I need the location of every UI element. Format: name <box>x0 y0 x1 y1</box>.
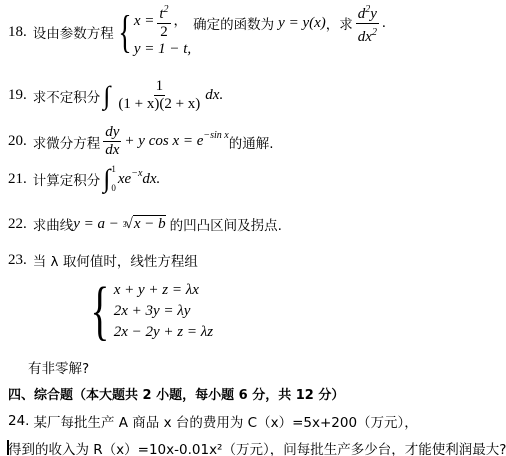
question-24-line-2: 得到的收入为 R（x）=10x-0.01x²（万元），问每批生产多少台，才能使利… <box>8 438 506 456</box>
left-brace: { <box>118 9 131 55</box>
parametric-system: x = t2 2 ， y = 1 − t, <box>134 4 191 60</box>
fraction: 1 (1 + x)(2 + x) <box>116 78 202 113</box>
question-number: 19. <box>8 87 27 104</box>
linear-system: { x + y + z = λx 2x + 3y = λy 2x − 2y + … <box>84 278 213 344</box>
question-21: 21. 计算定积分 ∫ 1 0 xe −x dx. <box>8 164 160 194</box>
question-18: 18. 设由参数方程 { x = t2 2 ， y = 1 − t, 确定的函数… <box>8 4 386 60</box>
question-24: 24. 某厂每批生产 A 商品 x 台的费用为 C（x）=5x+200（万元）， <box>8 411 418 431</box>
question-number: 20. <box>8 133 27 150</box>
denominator: (1 + x)(2 + x) <box>116 96 202 113</box>
question-number: 22. <box>8 216 27 233</box>
question-text: 求不定积分 <box>33 86 101 106</box>
equation-2: 2x + 3y = λy <box>114 301 213 322</box>
exponent: −x <box>131 168 142 179</box>
question-text: 确定的函数为 <box>193 13 274 33</box>
question-number: 18. <box>8 24 27 41</box>
left-brace: { <box>90 278 109 344</box>
equation-lhs: x = <box>134 10 155 32</box>
question-23-followup: 有非零解? <box>28 357 89 377</box>
question-text: 有非零解? <box>28 357 89 377</box>
y: y <box>370 6 377 22</box>
second-derivative: d2y dx2 <box>356 1 379 46</box>
question-18-tail: 确定的函数为 y = y(x) ，求 d2y dx2 . <box>193 4 386 42</box>
lower-limit: 0 <box>111 183 116 194</box>
question-23: 23. 当 λ 取何值时，线性方程组 <box>8 250 198 270</box>
section-title: 四、综合题（本大题共 2 小题，每小题 6 分，共 12 分） <box>8 384 344 403</box>
equation-3: 2x − 2y + z = λz <box>114 322 213 343</box>
question-text: 设由参数方程 <box>33 22 114 42</box>
equation-2: y = 1 − t, <box>134 38 191 60</box>
function-expression: y = y(x) <box>278 15 326 32</box>
question-text: 计算定积分 <box>33 169 101 189</box>
integral-limits: 1 0 <box>111 164 116 194</box>
integral-sign: ∫ <box>103 164 110 194</box>
section-heading: 四、综合题（本大题共 2 小题，每小题 6 分，共 12 分） <box>8 384 344 403</box>
question-text: 求微分方程 <box>33 132 101 152</box>
question-text: 求曲线 <box>33 214 74 234</box>
equation: + y cos x = e <box>124 133 203 150</box>
question-text: 某厂每批生产 A 商品 x 台的费用为 C（x）=5x+200（万元）， <box>33 411 417 431</box>
numerator: dy <box>103 124 121 142</box>
exponent: −sin x <box>203 130 228 141</box>
question-number: 21. <box>8 171 27 188</box>
differential: dx. <box>142 171 160 188</box>
question-20: 20. 求微分方程 dy dx + y cos x = e −sin x 的通解… <box>8 124 274 159</box>
comma: ， <box>174 10 188 32</box>
text-cursor <box>7 440 9 455</box>
question-text: 当 λ 取何值时，线性方程组 <box>33 250 198 270</box>
period: . <box>382 15 386 32</box>
radicand: x − b <box>133 215 166 233</box>
question-number: 24. <box>8 413 29 429</box>
expression: y = a − <box>73 216 122 233</box>
integrand: xe <box>118 171 131 188</box>
differential: dx. <box>205 87 223 104</box>
fraction: t2 2 <box>157 1 170 41</box>
numerator: 1 <box>154 78 166 96</box>
equation-list: x + y + z = λx 2x + 3y = λy 2x − 2y + z … <box>114 280 213 343</box>
exponent: 2 <box>372 27 377 38</box>
denominator: dx <box>103 142 121 159</box>
dx: dx <box>358 29 372 45</box>
question-text: 得到的收入为 R（x）=10x-0.01x²（万元），问每批生产多少台，才能使利… <box>8 438 506 456</box>
integral-sign: ∫ <box>103 81 110 111</box>
question-19: 19. 求不定积分 ∫ 1 (1 + x)(2 + x) dx. <box>8 78 223 113</box>
fraction: dy dx <box>103 124 121 159</box>
radical-sign: √ <box>125 216 133 233</box>
equation-1: x + y + z = λx <box>114 280 213 301</box>
upper-limit: 1 <box>111 164 116 175</box>
question-text: 的通解. <box>229 132 274 152</box>
exponent: 2 <box>164 4 169 15</box>
question-text: ，求 <box>326 13 353 33</box>
question-number: 23. <box>8 252 27 269</box>
question-text: 的凹凸区间及拐点. <box>170 214 282 234</box>
question-22: 22. 求曲线 y = a − 3 √ x − b 的凹凸区间及拐点. <box>8 214 282 234</box>
